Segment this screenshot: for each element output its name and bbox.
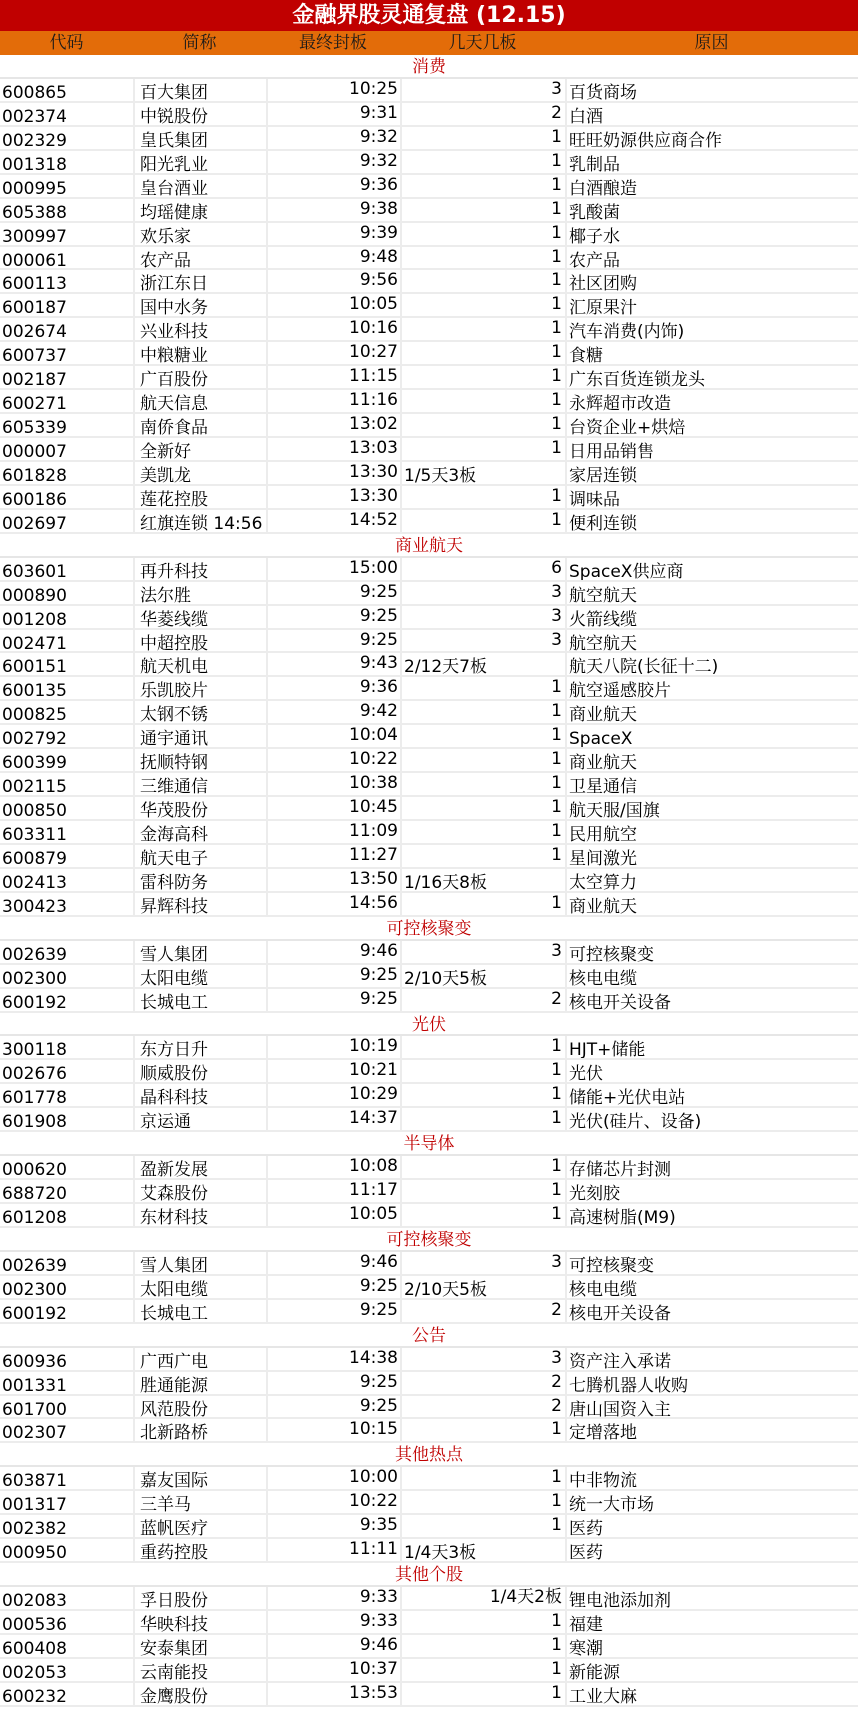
stock-code: 002307 (0, 1419, 133, 1441)
stock-name: 蓝帆医疗 (133, 1515, 266, 1537)
stock-code: 600151 (0, 653, 133, 675)
board-days: 1 (400, 845, 565, 867)
seal-time: 11:17 (266, 1180, 400, 1202)
seal-time: 10:15 (266, 1419, 400, 1441)
table-row: 600192长城电工9:252核电开关设备 (0, 989, 858, 1013)
stock-code: 603871 (0, 1467, 133, 1489)
board-span (402, 1683, 404, 1705)
stock-code: 000007 (0, 438, 133, 460)
board-count: 1 (551, 1491, 565, 1513)
seal-time: 9:25 (266, 606, 400, 628)
board-span (402, 1419, 404, 1441)
board-span (402, 749, 404, 771)
reason: 定增落地 (565, 1419, 858, 1441)
seal-time: 11:11 (266, 1539, 400, 1561)
board-days: 3 (400, 582, 565, 604)
board-span (402, 725, 404, 747)
stock-code: 688720 (0, 1180, 133, 1202)
stock-code: 600408 (0, 1635, 133, 1657)
stock-code: 000620 (0, 1156, 133, 1178)
stock-name: 阳光乳业 (133, 151, 266, 173)
board-span (402, 821, 404, 843)
board-span (402, 103, 404, 125)
board-span (402, 1180, 404, 1202)
reason: 旺旺奶源供应商合作 (565, 127, 858, 149)
board-days: 3 (400, 1348, 565, 1370)
section-header: 消费 (0, 55, 858, 79)
board-days: 1 (400, 1204, 565, 1226)
header-name: 简称 (133, 31, 266, 55)
board-count: 1 (551, 318, 565, 340)
board-count: 1 (551, 749, 565, 771)
board-count: 2 (551, 989, 565, 1011)
board-count: 1 (551, 1108, 565, 1130)
stock-name: 农产品 (133, 247, 266, 269)
stock-code: 002374 (0, 103, 133, 125)
page-title: 金融界股灵通复盘 (12.15) (0, 0, 858, 31)
section-header: 可控核聚变 (0, 917, 858, 941)
table-row: 002382蓝帆医疗9:351医药 (0, 1515, 858, 1539)
table-row: 600879航天电子11:271星间激光 (0, 845, 858, 869)
board-span (402, 1060, 404, 1082)
table-row: 002187广百股份11:151广东百货连锁龙头 (0, 366, 858, 390)
stock-code: 300423 (0, 893, 133, 915)
table-row: 600271航天信息11:161永辉超市改造 (0, 390, 858, 414)
table-row: 000061农产品9:481农产品 (0, 247, 858, 271)
stock-name: 太阳电缆 (133, 965, 266, 987)
board-span (402, 79, 404, 101)
table-row: 600187国中水务10:051汇原果汁 (0, 294, 858, 318)
stock-name: 美凯龙 (133, 462, 266, 484)
stock-name: 云南能投 (133, 1659, 266, 1681)
board-days: 2/10天5板 (400, 965, 565, 987)
seal-time: 9:39 (266, 223, 400, 245)
stock-name: 航天信息 (133, 390, 266, 412)
board-span (402, 1372, 404, 1394)
table-row: 000890法尔胜9:253航空航天 (0, 582, 858, 606)
table-row: 002083孚日股份9:331/4天2板锂电池添加剂 (0, 1587, 858, 1611)
board-span (402, 318, 404, 340)
board-days: 1 (400, 1108, 565, 1130)
stock-code: 605339 (0, 414, 133, 436)
stock-name: 太阳电缆 (133, 1276, 266, 1298)
board-span (402, 438, 404, 460)
board-span (402, 390, 404, 412)
reason: 高速树脂(M9) (565, 1204, 858, 1226)
board-count: 3 (551, 606, 565, 628)
reason: 存储芯片封测 (565, 1156, 858, 1178)
table-row: 002697红旗连锁 14:5614:521便利连锁 (0, 510, 858, 534)
stock-code: 000536 (0, 1611, 133, 1633)
board-count: 1 (551, 342, 565, 364)
board-span (402, 941, 404, 963)
board-days: 1 (400, 342, 565, 364)
board-span (402, 558, 404, 580)
table-row: 000620盈新发展10:081存储芯片封测 (0, 1156, 858, 1180)
board-days: 3 (400, 79, 565, 101)
stock-name: 浙江东日 (133, 270, 266, 292)
reason: 百货商场 (565, 79, 858, 101)
board-span (402, 1515, 404, 1537)
stock-code: 600865 (0, 79, 133, 101)
board-span (402, 1204, 404, 1226)
stock-name: 顺威股份 (133, 1060, 266, 1082)
reason: 汇原果汁 (565, 294, 858, 316)
reason: 火箭线缆 (565, 606, 858, 628)
board-span (402, 701, 404, 723)
board-count: 3 (551, 630, 565, 652)
stock-name: 航天电子 (133, 845, 266, 867)
section-header: 可控核聚变 (0, 1228, 858, 1252)
reason: 民用航空 (565, 821, 858, 843)
board-span (402, 1467, 404, 1489)
board-days: 1 (400, 270, 565, 292)
stock-name: 孚日股份 (133, 1587, 266, 1609)
stock-name: 南侨食品 (133, 414, 266, 436)
seal-time: 14:37 (266, 1108, 400, 1130)
board-span (402, 294, 404, 316)
board-span (402, 1108, 404, 1130)
stock-name: 雪人集团 (133, 1252, 266, 1274)
board-span (402, 1659, 404, 1681)
board-span (402, 1252, 404, 1274)
stock-name: 昇辉科技 (133, 893, 266, 915)
reason: 白酒酿造 (565, 175, 858, 197)
reason: 航天八院(长征十二) (565, 653, 858, 675)
stock-code: 002697 (0, 510, 133, 532)
seal-time: 13:30 (266, 462, 400, 484)
reason: 医药 (565, 1515, 858, 1537)
board-count: 1 (551, 1515, 565, 1537)
stock-name: 中超控股 (133, 630, 266, 652)
section-header: 商业航天 (0, 534, 858, 558)
board-span (402, 845, 404, 867)
table-body: 消费600865百大集团10:253百货商场002374中锐股份9:312白酒0… (0, 55, 858, 1707)
seal-time: 10:19 (266, 1036, 400, 1058)
table-row: 000536华映科技9:331福建 (0, 1611, 858, 1635)
board-span (402, 1036, 404, 1058)
board-span (402, 1396, 404, 1418)
board-count: 2 (551, 1300, 565, 1322)
stock-code: 601778 (0, 1084, 133, 1106)
board-count: 1 (551, 701, 565, 723)
header-reason: 原因 (565, 31, 858, 55)
board-days: 1 (400, 893, 565, 915)
stock-name: 北新路桥 (133, 1419, 266, 1441)
table-row: 601208东材科技10:051高速树脂(M9) (0, 1204, 858, 1228)
reason: 光刻胶 (565, 1180, 858, 1202)
board-days: 1 (400, 1036, 565, 1058)
board-days: 1/4天3板 (400, 1539, 565, 1561)
board-days: 1 (400, 318, 565, 340)
reason: 核电开关设备 (565, 1300, 858, 1322)
reason: 广东百货连锁龙头 (565, 366, 858, 388)
header-code: 代码 (0, 31, 133, 55)
section-header: 光伏 (0, 1013, 858, 1037)
board-count: 1 (551, 127, 565, 149)
board-span (402, 486, 404, 508)
seal-time: 10:22 (266, 1491, 400, 1513)
seal-time: 10:25 (266, 79, 400, 101)
board-days: 2 (400, 103, 565, 125)
board-count: 3 (551, 1348, 565, 1370)
seal-time: 9:42 (266, 701, 400, 723)
board-days: 1 (400, 1467, 565, 1489)
reason: 光伏 (565, 1060, 858, 1082)
stock-name: 风范股份 (133, 1396, 266, 1418)
stock-name: 华茂股份 (133, 797, 266, 819)
seal-time: 10:22 (266, 749, 400, 771)
board-span (402, 582, 404, 604)
board-span: 1/16天8板 (402, 869, 487, 891)
stock-name: 广西广电 (133, 1348, 266, 1370)
table-row: 002674兴业科技10:161汽车消费(内饰) (0, 318, 858, 342)
reason: 商业航天 (565, 893, 858, 915)
board-days: 1 (400, 749, 565, 771)
seal-time: 13:50 (266, 869, 400, 891)
board-count: 1 (551, 1635, 565, 1657)
reason: 可控核聚变 (565, 941, 858, 963)
board-days: 1 (400, 1084, 565, 1106)
table-row: 001317三羊马10:221统一大市场 (0, 1491, 858, 1515)
seal-time: 15:00 (266, 558, 400, 580)
reason: 核电电缆 (565, 1276, 858, 1298)
seal-time: 10:08 (266, 1156, 400, 1178)
reason: 食糖 (565, 342, 858, 364)
stock-name: 雪人集团 (133, 941, 266, 963)
stock-code: 600936 (0, 1348, 133, 1370)
stock-name: 国中水务 (133, 294, 266, 316)
section-header: 其他个股 (0, 1563, 858, 1587)
board-count: 1 (551, 677, 565, 699)
board-days: 1 (400, 247, 565, 269)
table-header: 代码 简称 最终封板 几天几板 原因 (0, 31, 858, 55)
stock-name: 欢乐家 (133, 223, 266, 245)
board-days: 6 (400, 558, 565, 580)
stock-name: 广百股份 (133, 366, 266, 388)
board-days: 1 (400, 677, 565, 699)
board-span (402, 1300, 404, 1322)
seal-time: 9:33 (266, 1611, 400, 1633)
seal-time: 9:25 (266, 1276, 400, 1298)
board-span (402, 414, 404, 436)
table-row: 600936广西广电14:383资产注入承诺 (0, 1348, 858, 1372)
reason: SpaceX (565, 725, 858, 747)
board-count: 1 (551, 797, 565, 819)
board-count: 2 (551, 1372, 565, 1394)
reason: 新能源 (565, 1659, 858, 1681)
stock-code: 002639 (0, 1252, 133, 1274)
seal-time: 10:38 (266, 773, 400, 795)
table-row: 001318阳光乳业9:321乳制品 (0, 151, 858, 175)
board-span (402, 151, 404, 173)
board-days: 1 (400, 725, 565, 747)
table-row: 600192长城电工9:252核电开关设备 (0, 1300, 858, 1324)
table-row: 601908京运通14:371光伏(硅片、设备) (0, 1108, 858, 1132)
reason: 乳酸菌 (565, 199, 858, 221)
board-days: 3 (400, 630, 565, 652)
board-span (402, 1635, 404, 1657)
header-time: 最终封板 (266, 31, 400, 55)
stock-code: 002329 (0, 127, 133, 149)
reason: 永辉超市改造 (565, 390, 858, 412)
seal-time: 9:36 (266, 175, 400, 197)
table-row: 002792通宇通讯10:041SpaceX (0, 725, 858, 749)
seal-time: 11:09 (266, 821, 400, 843)
table-row: 300423昇辉科技14:561商业航天 (0, 893, 858, 917)
seal-time: 10:21 (266, 1060, 400, 1082)
reason: 唐山国资入主 (565, 1396, 858, 1418)
board-span (402, 677, 404, 699)
stock-name: 重药控股 (133, 1539, 266, 1561)
board-days: 1 (400, 151, 565, 173)
board-span (402, 1587, 404, 1609)
seal-time: 10:37 (266, 1659, 400, 1681)
stock-name: 嘉友国际 (133, 1467, 266, 1489)
seal-time: 9:25 (266, 630, 400, 652)
board-days: 2 (400, 1372, 565, 1394)
stock-name: 长城电工 (133, 989, 266, 1011)
stock-name: 华映科技 (133, 1611, 266, 1633)
board-count: 1 (551, 175, 565, 197)
table-row: 601700风范股份9:252唐山国资入主 (0, 1396, 858, 1420)
table-row: 600151航天机电9:432/12天7板航天八院(长征十二) (0, 653, 858, 677)
board-count: 1 (551, 390, 565, 412)
board-count: 1 (551, 151, 565, 173)
section-header: 公告 (0, 1324, 858, 1348)
seal-time: 11:16 (266, 390, 400, 412)
seal-time: 9:46 (266, 941, 400, 963)
reason: 七腾机器人收购 (565, 1372, 858, 1394)
stock-code: 600737 (0, 342, 133, 364)
seal-time: 9:46 (266, 1252, 400, 1274)
table-row: 600737中粮糖业10:271食糖 (0, 342, 858, 366)
stock-code: 001208 (0, 606, 133, 628)
seal-time: 9:35 (266, 1515, 400, 1537)
reason: 核电电缆 (565, 965, 858, 987)
table-row: 300997欢乐家9:391椰子水 (0, 223, 858, 247)
stock-code: 600399 (0, 749, 133, 771)
table-row: 600232金鹰股份13:531工业大麻 (0, 1683, 858, 1707)
board-days: 1/4天2板 (400, 1587, 565, 1609)
stock-name: 长城电工 (133, 1300, 266, 1322)
board-days: 1/5天3板 (400, 462, 565, 484)
table-row: 002639雪人集团9:463可控核聚变 (0, 1252, 858, 1276)
board-span (402, 223, 404, 245)
board-count: 1 (551, 1659, 565, 1681)
reason: 光伏(硅片、设备) (565, 1108, 858, 1130)
stock-name: 乐凯胶片 (133, 677, 266, 699)
stock-code: 600192 (0, 989, 133, 1011)
board-count: 1 (551, 773, 565, 795)
board-days: 1 (400, 701, 565, 723)
board-days: 1 (400, 1419, 565, 1441)
board-count: 3 (551, 79, 565, 101)
board-days: 1/16天8板 (400, 869, 565, 891)
stock-name: 金海高科 (133, 821, 266, 843)
board-days: 1 (400, 1515, 565, 1537)
reason: 社区团购 (565, 270, 858, 292)
board-count: 1 (551, 893, 565, 915)
stock-code: 002471 (0, 630, 133, 652)
seal-time: 9:25 (266, 1396, 400, 1418)
board-days: 3 (400, 941, 565, 963)
board-span (402, 1156, 404, 1178)
seal-time: 9:56 (266, 270, 400, 292)
seal-time: 9:25 (266, 1300, 400, 1322)
board-days: 1 (400, 1156, 565, 1178)
reason: 航空遥感胶片 (565, 677, 858, 699)
stock-code: 600879 (0, 845, 133, 867)
stock-name: 京运通 (133, 1108, 266, 1130)
board-count: 1 (551, 1084, 565, 1106)
stock-code: 601700 (0, 1396, 133, 1418)
board-count: 1 (551, 1180, 565, 1202)
board-span (402, 797, 404, 819)
board-span (402, 247, 404, 269)
table-row: 000007全新好13:031日用品销售 (0, 438, 858, 462)
board-days: 1 (400, 486, 565, 508)
board-count: 1 (551, 366, 565, 388)
stock-name: 盈新发展 (133, 1156, 266, 1178)
board-count: 1 (551, 1204, 565, 1226)
reason: 农产品 (565, 247, 858, 269)
board-count: 1 (551, 438, 565, 460)
table-row: 601778晶科科技10:291储能+光伏电站 (0, 1084, 858, 1108)
board-span: 1/5天3板 (402, 462, 476, 484)
stock-code: 605388 (0, 199, 133, 221)
reason: 核电开关设备 (565, 989, 858, 1011)
seal-time: 11:15 (266, 366, 400, 388)
stock-name: 均瑶健康 (133, 199, 266, 221)
board-count: 1 (551, 486, 565, 508)
board-span (402, 1084, 404, 1106)
seal-time: 10:27 (266, 342, 400, 364)
reason: 星间激光 (565, 845, 858, 867)
board-count: 3 (551, 582, 565, 604)
reason: 可控核聚变 (565, 1252, 858, 1274)
reason: 家居连锁 (565, 462, 858, 484)
board-span: 2/10天5板 (402, 1276, 487, 1298)
stock-name: 雷科防务 (133, 869, 266, 891)
stock-code: 002115 (0, 773, 133, 795)
reason: 卫星通信 (565, 773, 858, 795)
seal-time: 10:04 (266, 725, 400, 747)
table-row: 600186莲花控股13:301调味品 (0, 486, 858, 510)
seal-time: 9:25 (266, 1372, 400, 1394)
reason: 航空航天 (565, 630, 858, 652)
reason: 寒潮 (565, 1635, 858, 1657)
board-days: 2 (400, 1396, 565, 1418)
board-count: 1 (551, 1036, 565, 1058)
stock-code: 001331 (0, 1372, 133, 1394)
stock-name: 安泰集团 (133, 1635, 266, 1657)
stock-code: 000850 (0, 797, 133, 819)
board-count: 3 (551, 1252, 565, 1274)
board-days: 1 (400, 127, 565, 149)
reason: 调味品 (565, 486, 858, 508)
board-count: 2 (551, 103, 565, 125)
reason: 锂电池添加剂 (565, 1587, 858, 1609)
board-count: 1 (551, 1419, 565, 1441)
table-row: 600135乐凯胶片9:361航空遥感胶片 (0, 677, 858, 701)
header-days: 几天几板 (400, 31, 565, 55)
seal-time: 13:03 (266, 438, 400, 460)
stock-code: 002674 (0, 318, 133, 340)
board-count: 1 (551, 510, 565, 532)
section-header: 其他热点 (0, 1443, 858, 1467)
stock-code: 600232 (0, 1683, 133, 1705)
